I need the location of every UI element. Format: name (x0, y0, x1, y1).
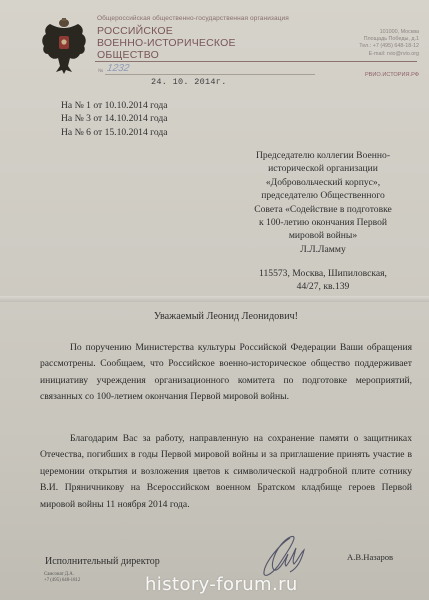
site-watermark: history-forum.ru (145, 574, 298, 595)
paper-fold (0, 296, 429, 302)
registration-line (105, 74, 315, 75)
body-paragraph-1: По поручению Министерства культуры Росси… (40, 340, 412, 406)
body-paragraph-2: Благодарим Вас за работу, направленную н… (40, 431, 412, 513)
registration-date-stamp: 24. 10. 2014г. (151, 77, 227, 87)
org-superscript: Общероссийская общественно-государственн… (97, 15, 289, 22)
addressee-line: «Добровольческий корпус», (232, 176, 414, 189)
addressee-line: председателю Общественного (232, 189, 414, 202)
salutation: Уважаемый Леонид Леонидович! (40, 311, 412, 322)
reference-item: На № 3 от 14.10.2014 года (61, 112, 168, 125)
registration-number: 1232 (106, 63, 130, 74)
address-line: 115573, Москва, Шипиловская, (232, 267, 414, 280)
contact-address: 101000, Москва (340, 29, 419, 36)
addressee-line: Совета «Содействие в подготовке (232, 203, 414, 216)
org-name-line: общество (97, 49, 236, 61)
address-line: 44/27, кв.139 (232, 280, 414, 293)
contact-email: E-mail: rvio@rvio.org (340, 51, 419, 58)
org-website: РВИО.ИСТОРИЯ.РФ (349, 72, 419, 78)
letter-page: Общероссийская общественно-государственн… (0, 0, 429, 600)
signatory-name: А.В.Назаров (347, 552, 393, 562)
org-name-line: военно-историческое (97, 37, 236, 49)
org-name: Российское военно-историческое общество (97, 25, 236, 61)
addressee-name: Л.Л.Ламму (232, 244, 414, 255)
addressee-line: мировой войны» (232, 229, 414, 242)
addressee-line: к 100-летию окончания Первой (232, 216, 414, 229)
addressee-line: исторической организации (232, 162, 414, 175)
executor-phone: +7 (495) 648-1812 (44, 578, 80, 584)
contact-street: Площадь Победы, д.1 (340, 36, 419, 43)
reference-list: На № 1 от 10.10.2014 года На № 3 от 14.1… (61, 99, 168, 139)
org-contacts: 101000, Москва Площадь Победы, д.1 Тел.:… (340, 29, 419, 58)
contact-phone: Тел.: +7 (495) 648-18-12 (340, 43, 419, 50)
number-label: № (98, 68, 103, 74)
double-headed-eagle-icon (40, 16, 88, 76)
addressee-block: Председателю коллегии Военно- историческ… (232, 149, 414, 243)
addressee-line: Председателю коллегии Военно- (232, 149, 414, 162)
header-divider (95, 61, 417, 62)
reference-item: На № 6 от 15.10.2014 года (61, 126, 168, 139)
reference-item: На № 1 от 10.10.2014 года (61, 99, 168, 112)
addressee-address: 115573, Москва, Шипиловская, 44/27, кв.1… (232, 267, 414, 294)
executor-info: Самсонат Д.А. +7 (495) 648-1812 (44, 572, 80, 584)
org-name-line: Российское (97, 25, 236, 37)
signatory-title: Исполнительный директор (45, 556, 160, 567)
